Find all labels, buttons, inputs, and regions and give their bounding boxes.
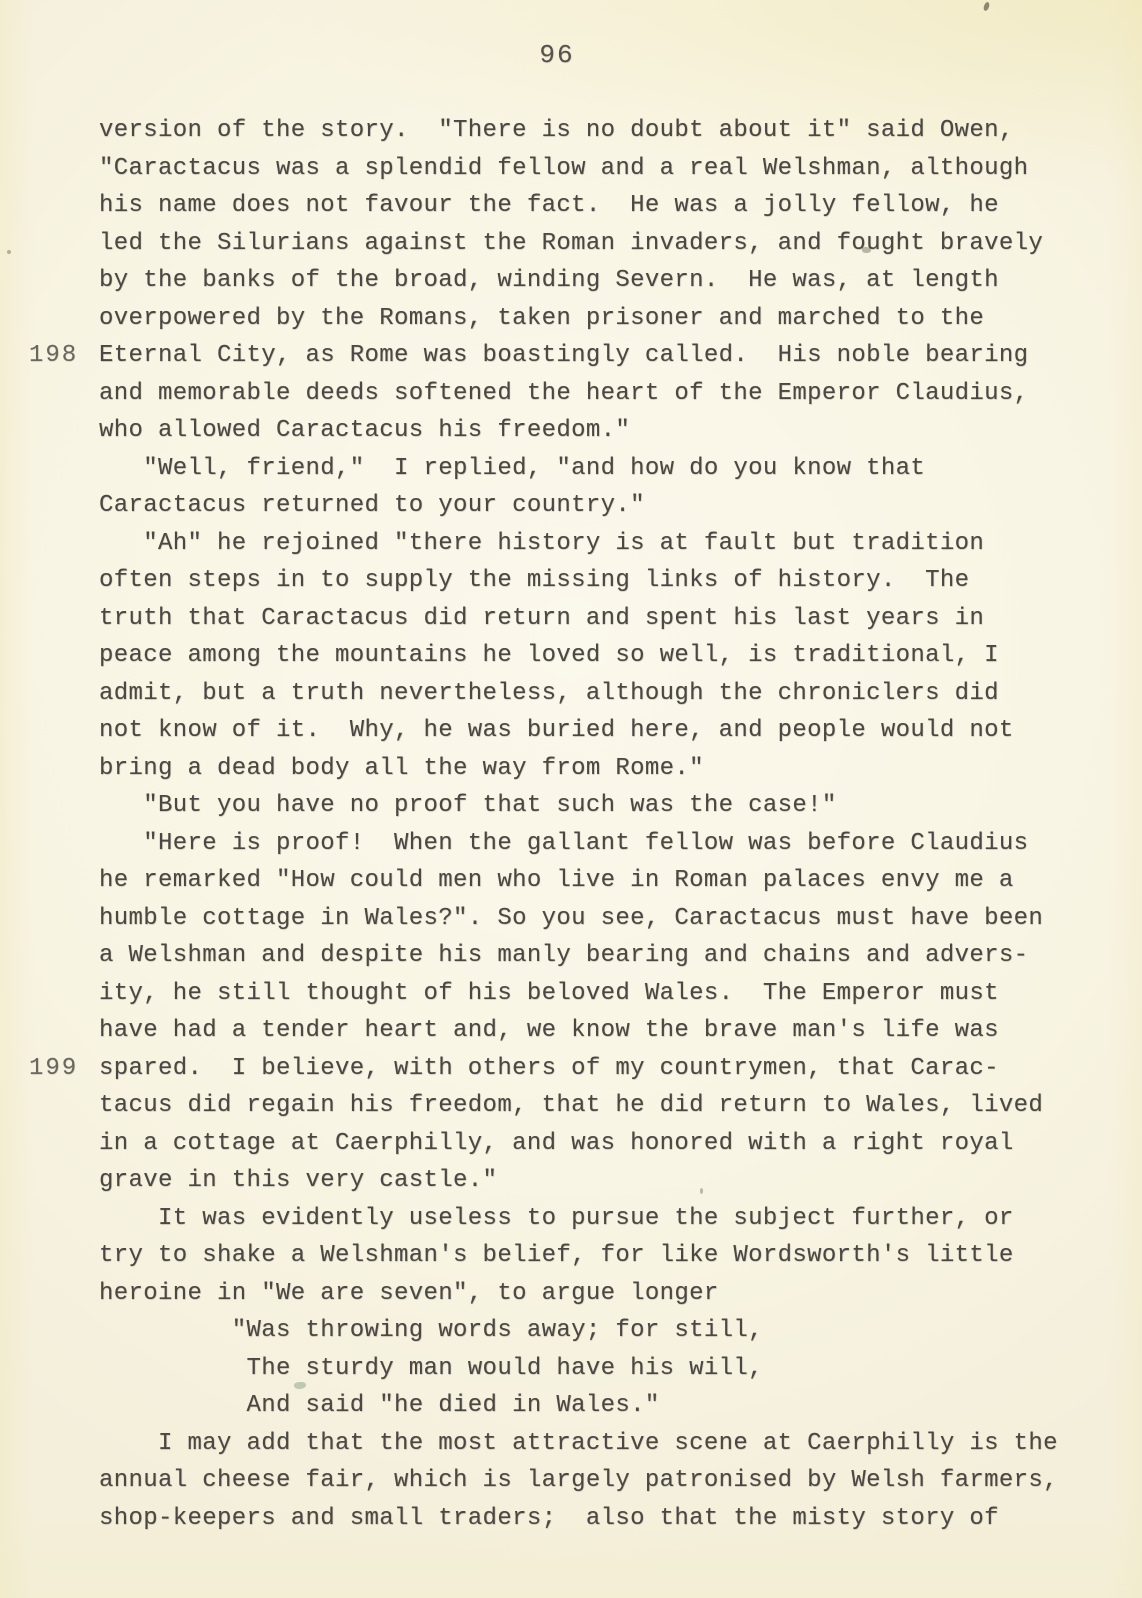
typed-line-text: often steps in to supply the missing lin… <box>99 567 969 594</box>
typed-line-text: have had a tender heart and, we know the… <box>99 1017 999 1044</box>
typed-line-text: The sturdy man would have his will, <box>99 1355 763 1382</box>
typed-line: in a cottage at Caerphilly, and was hono… <box>99 1125 1142 1163</box>
typed-line-text: spared. I believe, with others of my cou… <box>99 1055 999 1082</box>
typed-line-text: "Was throwing words away; for still, <box>99 1317 763 1344</box>
typed-line: version of the story. "There is no doubt… <box>99 112 1142 150</box>
typed-line: "Was throwing words away; for still, <box>99 1312 1142 1350</box>
typed-line-text: It was evidently useless to pursue the s… <box>99 1205 1014 1232</box>
typed-line-text: truth that Caractacus did return and spe… <box>99 605 984 632</box>
paper-speck <box>983 1 991 11</box>
typed-line: Caractacus returned to your country." <box>99 487 1142 525</box>
typed-line-text: led the Silurians against the Roman inva… <box>99 230 1043 257</box>
paper-speck <box>862 247 871 253</box>
typed-line-text: ity, he still thought of his beloved Wal… <box>99 980 999 1007</box>
typed-line: try to shake a Welshman's belief, for li… <box>99 1237 1142 1275</box>
typed-line: "Ah" he rejoined "there history is at fa… <box>99 525 1142 563</box>
typed-line: "But you have no proof that such was the… <box>99 787 1142 825</box>
typed-line-text: I may add that the most attractive scene… <box>99 1430 1058 1457</box>
typed-line-text: "Ah" he rejoined "there history is at fa… <box>99 530 984 557</box>
typed-line: and memorable deeds softened the heart o… <box>99 375 1142 413</box>
typed-line-text: tacus did regain his freedom, that he di… <box>99 1092 1043 1119</box>
typed-line-text: bring a dead body all the way from Rome.… <box>99 755 704 782</box>
typed-line-text: heroine in "We are seven", to argue long… <box>99 1280 719 1307</box>
typed-line-text: in a cottage at Caerphilly, and was hono… <box>99 1130 1014 1157</box>
typed-line: truth that Caractacus did return and spe… <box>99 600 1142 638</box>
typed-line-text: admit, but a truth nevertheless, althoug… <box>99 680 999 707</box>
typed-line: 198Eternal City, as Rome was boastingly … <box>99 337 1142 375</box>
typed-line: who allowed Caractacus his freedom." <box>99 412 1142 450</box>
typed-line: his name does not favour the fact. He wa… <box>99 187 1142 225</box>
typed-line-text: "Here is proof! When the gallant fellow … <box>99 830 1028 857</box>
typed-line-text: peace among the mountains he loved so we… <box>99 642 999 669</box>
typed-line: peace among the mountains he loved so we… <box>99 637 1142 675</box>
margin-number-199: 199 <box>29 1050 78 1088</box>
typed-line: "Caractacus was a splendid fellow and a … <box>99 150 1142 188</box>
typed-text-block: version of the story. "There is no doubt… <box>99 112 1142 1537</box>
typed-line-text: "Well, friend," I replied, "and how do y… <box>99 455 925 482</box>
typed-line-text: And said "he died in Wales." <box>99 1392 660 1419</box>
typed-line: ity, he still thought of his beloved Wal… <box>99 975 1142 1013</box>
typed-line-text: Caractacus returned to your country." <box>99 492 645 519</box>
typed-line-text: try to shake a Welshman's belief, for li… <box>99 1242 1014 1269</box>
typed-line: not know of it. Why, he was buried here,… <box>99 712 1142 750</box>
typed-line-text: he remarked "How could men who live in R… <box>99 867 1014 894</box>
typed-line-text: "But you have no proof that such was the… <box>99 792 837 819</box>
typed-line-text: humble cottage in Wales?". So you see, C… <box>99 905 1043 932</box>
typed-line: It was evidently useless to pursue the s… <box>99 1200 1142 1238</box>
typed-line-text: overpowered by the Romans, taken prisone… <box>99 305 984 332</box>
typed-line: And said "he died in Wales." <box>99 1387 1142 1425</box>
typed-line: have had a tender heart and, we know the… <box>99 1012 1142 1050</box>
typed-line: "Well, friend," I replied, "and how do y… <box>99 450 1142 488</box>
typed-line: by the banks of the broad, winding Sever… <box>99 262 1142 300</box>
typed-line: overpowered by the Romans, taken prisone… <box>99 300 1142 338</box>
typed-line: shop-keepers and small traders; also tha… <box>99 1500 1142 1538</box>
typed-line-text: by the banks of the broad, winding Sever… <box>99 267 999 294</box>
paper-speck <box>7 250 11 254</box>
typed-line-text: Eternal City, as Rome was boastingly cal… <box>99 342 1028 369</box>
typed-line-text: and memorable deeds softened the heart o… <box>99 380 1028 407</box>
typed-line-text: shop-keepers and small traders; also tha… <box>99 1505 999 1532</box>
typed-line: heroine in "We are seven", to argue long… <box>99 1275 1142 1313</box>
typed-line-text: a Welshman and despite his manly bearing… <box>99 942 1028 969</box>
typed-line-text: his name does not favour the fact. He wa… <box>99 192 999 219</box>
typed-line: bring a dead body all the way from Rome.… <box>99 750 1142 788</box>
typed-line: The sturdy man would have his will, <box>99 1350 1142 1388</box>
typed-line-text: who allowed Caractacus his freedom." <box>99 417 630 444</box>
typed-line-text: version of the story. "There is no doubt… <box>99 117 1014 144</box>
paper-speck <box>700 1188 703 1194</box>
typed-line: 199spared. I believe, with others of my … <box>99 1050 1142 1088</box>
typed-line: he remarked "How could men who live in R… <box>99 862 1142 900</box>
typed-line: grave in this very castle." <box>99 1162 1142 1200</box>
typed-line: a Welshman and despite his manly bearing… <box>99 937 1142 975</box>
typed-line: tacus did regain his freedom, that he di… <box>99 1087 1142 1125</box>
typed-line: often steps in to supply the missing lin… <box>99 562 1142 600</box>
manuscript-page: 96 version of the story. "There is no do… <box>0 0 1142 1598</box>
typed-line: admit, but a truth nevertheless, althoug… <box>99 675 1142 713</box>
page-number: 96 <box>0 40 1114 70</box>
typed-line: I may add that the most attractive scene… <box>99 1425 1142 1463</box>
typed-line-text: grave in this very castle." <box>99 1167 497 1194</box>
typed-line: "Here is proof! When the gallant fellow … <box>99 825 1142 863</box>
typed-line: led the Silurians against the Roman inva… <box>99 225 1142 263</box>
typed-line: humble cottage in Wales?". So you see, C… <box>99 900 1142 938</box>
margin-number-198: 198 <box>29 337 78 375</box>
typed-line-text: "Caractacus was a splendid fellow and a … <box>99 155 1028 182</box>
typed-line: annual cheese fair, which is largely pat… <box>99 1462 1142 1500</box>
typed-line-text: annual cheese fair, which is largely pat… <box>99 1467 1058 1494</box>
typed-line-text: not know of it. Why, he was buried here,… <box>99 717 1014 744</box>
